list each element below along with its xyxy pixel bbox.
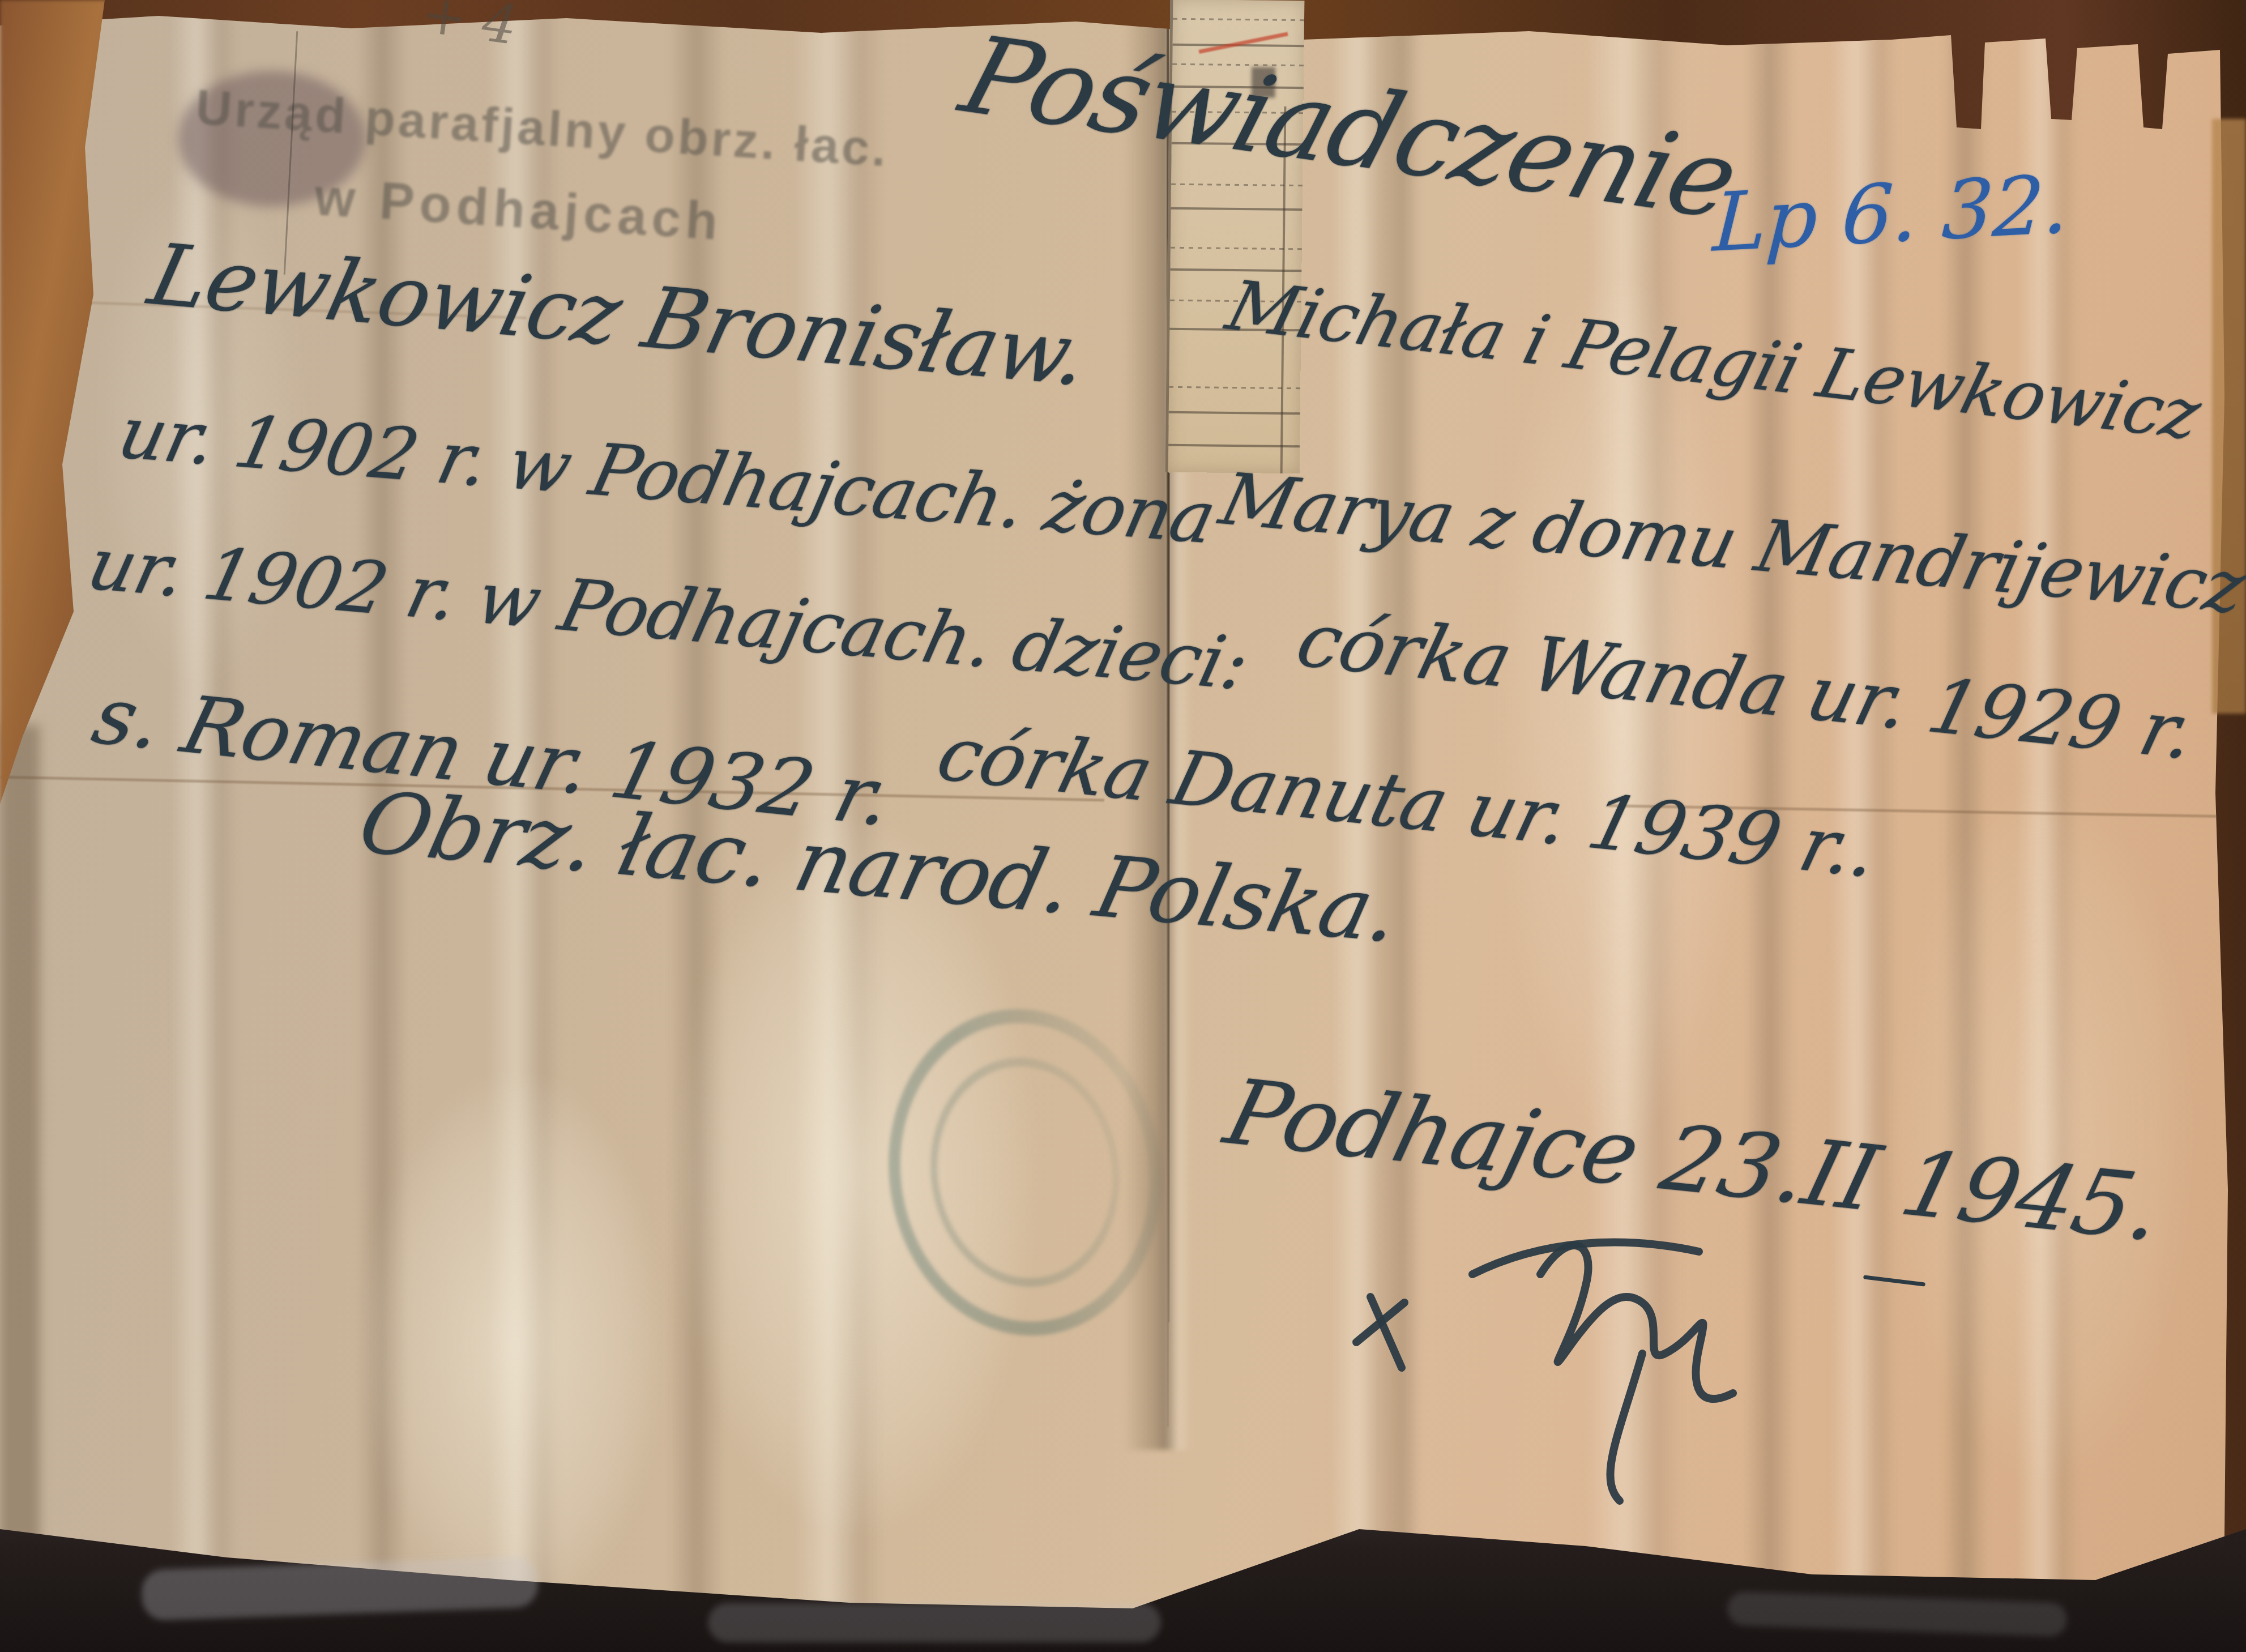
glare-highlight [368,1076,663,1614]
left-edge-shadow [0,725,40,1546]
document-photo: Urząd parafjalny obrz. łac. w Podhajcach… [0,0,2246,1652]
registry-number-note: Lp 6. 32. [1711,157,2071,270]
ruled-dotted-line [1173,18,1304,21]
priest-signature [1303,1206,1869,1523]
plastic-glare [708,1603,1161,1642]
round-seal-stamp [788,897,1261,1448]
